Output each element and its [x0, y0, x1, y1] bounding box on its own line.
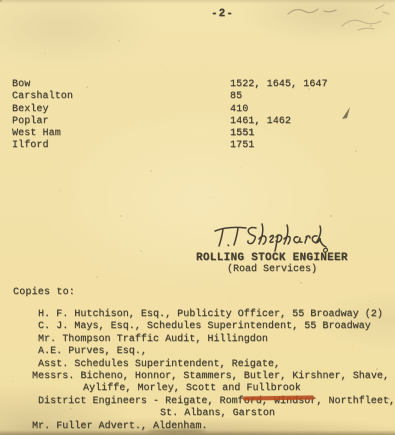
- pencil-scribble-mark: [284, 2, 392, 36]
- list-item: C. J. Mays, Esq., Schedules Superintende…: [0, 321, 395, 333]
- scanned-document-page: -2- Bow 1522, 1645, 1647 Carshalton 85 B…: [0, 0, 395, 435]
- borough-name: Bow: [12, 79, 230, 91]
- signature-handwriting: [212, 222, 334, 256]
- borough-name: Poplar: [12, 116, 230, 128]
- pen-tick-mark: [341, 106, 353, 120]
- list-item: District Engineers - Reigate, Romford, W…: [0, 396, 395, 408]
- table-row: Poplar 1461, 1462: [12, 116, 372, 128]
- signatory-title: ROLLING STOCK ENGINEER: [196, 252, 348, 264]
- borough-name: Bexley: [12, 104, 230, 116]
- list-item: Mr. Thompson Traffic Audit, Hillingdon: [0, 334, 395, 346]
- red-underlined-name: Fullbrook: [246, 383, 300, 395]
- list-item: Ayliffe, Morley, Scott and Fullbrook: [0, 383, 395, 395]
- copies-heading: Copies to:: [13, 287, 75, 298]
- borough-name: Carshalton: [12, 91, 230, 103]
- table-row: Bow 1522, 1645, 1647: [12, 79, 372, 91]
- allocation-numbers: 1551: [230, 128, 372, 140]
- signatory-subtitle: (Road Services): [227, 264, 317, 275]
- borough-allocation-table: Bow 1522, 1645, 1647 Carshalton 85 Bexle…: [12, 79, 372, 153]
- ink-smudge: [148, 429, 206, 433]
- table-row: Carshalton 85: [12, 91, 372, 103]
- list-item: Messrs. Bicheno, Honnor, Stammers, Butle…: [0, 371, 395, 383]
- allocation-numbers: 1751: [230, 140, 372, 152]
- allocation-numbers: 85: [230, 91, 372, 103]
- table-row: West Ham 1551: [12, 128, 372, 140]
- paper-noise-speckles: [0, 0, 2, 2]
- list-item: Asst. Schedules Superintendent, Reigate,: [0, 359, 395, 371]
- page-number: -2-: [211, 8, 234, 20]
- list-item: A.E. Purves, Esq.,: [0, 346, 395, 358]
- borough-name: West Ham: [12, 128, 230, 140]
- allocation-numbers: 1522, 1645, 1647: [230, 79, 372, 91]
- borough-name: Ilford: [12, 140, 230, 152]
- table-row: Bexley 410: [12, 104, 372, 116]
- table-row: Ilford 1751: [12, 140, 372, 152]
- list-item: H. F. Hutchison, Esq., Publicity Officer…: [0, 309, 395, 321]
- copies-list: H. F. Hutchison, Esq., Publicity Officer…: [0, 309, 395, 433]
- list-item: St. Albans, Garston: [0, 408, 395, 420]
